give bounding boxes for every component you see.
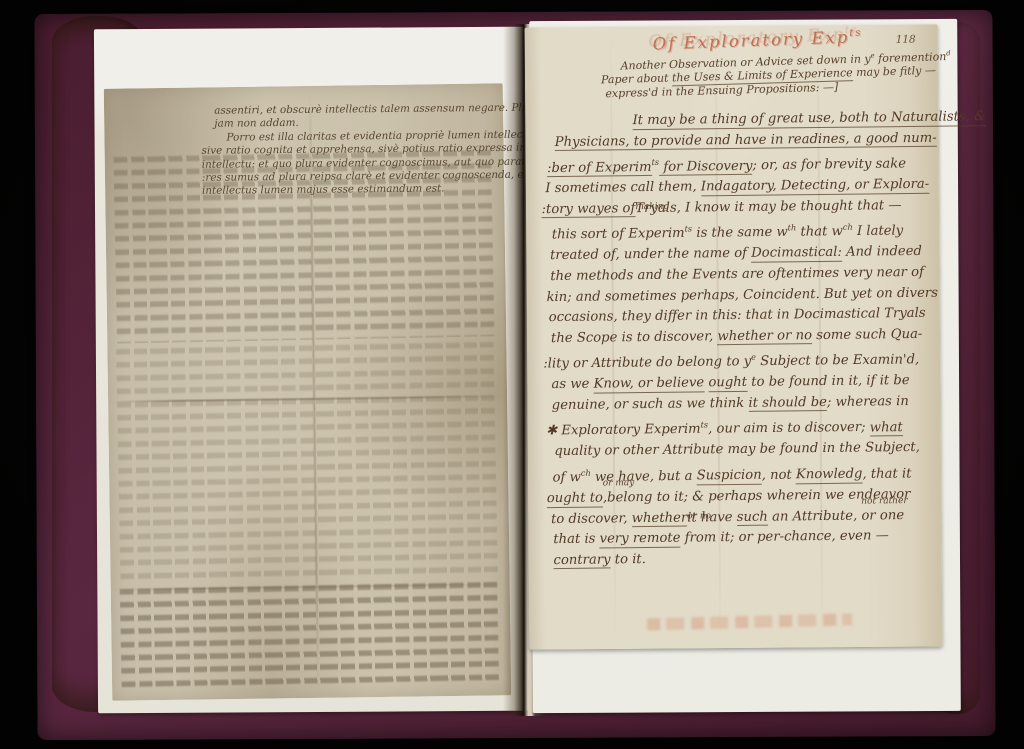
right-manuscript-page: Of Exploratory Expts 118 Another Observa… — [525, 24, 943, 649]
interlinear-insertion: or no — [687, 512, 711, 521]
interlinear-insertion: or may — [603, 479, 635, 488]
page-number: 118 — [896, 34, 916, 46]
photo-stage: assentiri, et obscurè intellectis talem … — [0, 0, 1024, 749]
manuscript-line: contrary to it. — [553, 547, 931, 572]
intro-paragraph: Another Observation or Advice set down i… — [600, 48, 921, 101]
page-heading: Of Exploratory Expts — [652, 27, 863, 54]
showthrough-text-lower — [119, 578, 499, 693]
left-old-leaf: assentiri, et obscurè intellectis talem … — [104, 83, 512, 701]
interlinear-insertion: making — [635, 202, 669, 211]
main-paragraph: It may be a thing of great use, both to … — [540, 108, 931, 572]
manuscript-line: to discover, whetheror no it have such a… — [551, 505, 931, 530]
manuscript-line: that is very remote from it; or per-chan… — [553, 526, 931, 551]
manuscript-line: It may be a thing of great use, both to … — [632, 108, 926, 132]
interlinear-insertion: not rather — [861, 497, 908, 507]
showthrough-text-upper — [113, 146, 495, 343]
showthrough-text-middle — [116, 338, 499, 585]
